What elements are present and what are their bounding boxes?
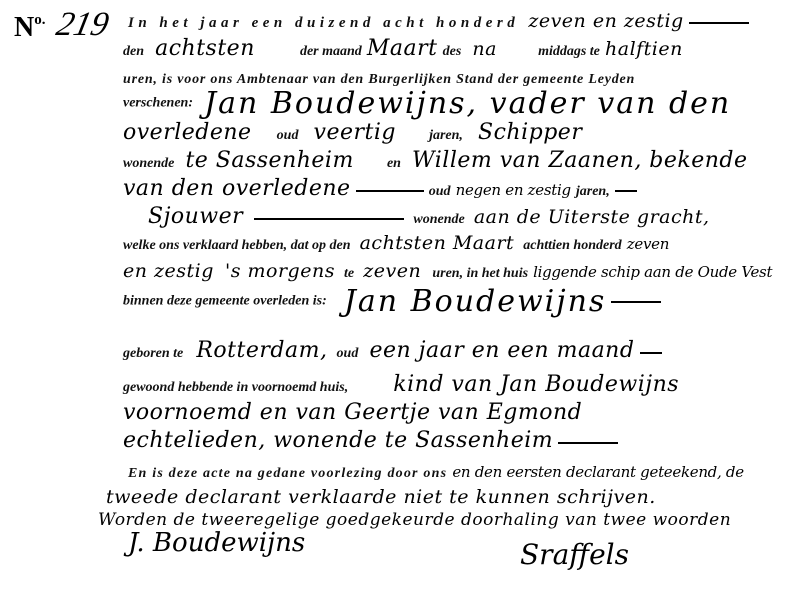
printed-text: der maand (300, 44, 362, 59)
line-15: echtelieden, wonende te Sassenheim (123, 428, 618, 453)
printed-text: welke ons verklaard hebben, dat op den (123, 238, 351, 253)
line-12: geboren te Rotterdam, oud een jaar en ee… (123, 338, 662, 363)
handwritten-morning: 's morgens (225, 260, 335, 282)
handwritten-hour: halftien (605, 38, 683, 60)
handwritten-age-1: veertig (314, 120, 396, 145)
handwritten-parent-father: kind van Jan Boudewijns (393, 372, 679, 397)
handwritten-year: zeven en zestig (528, 10, 683, 32)
line-13: gewoond hebbende in voornoemd huis, kind… (123, 372, 679, 397)
handwritten-signing-note: tweede declarant verklaarde niet te kunn… (106, 486, 656, 508)
signature-official: Sraffels (520, 538, 629, 571)
printed-text: In het jaar een duizend acht honderd (128, 15, 519, 31)
handwritten-year-part: zeven (627, 235, 669, 253)
record-number-label: No. (14, 12, 45, 44)
fill-line (640, 352, 662, 354)
printed-text: En is deze acte na gedane voorlezing doo… (128, 466, 447, 481)
printed-text: den (123, 44, 144, 59)
handwritten-residence-1: te Sassenheim (185, 148, 353, 173)
number-superscript: o. (34, 12, 45, 28)
handwritten-death-date: achtsten Maart (360, 232, 515, 254)
handwritten-correction-note: Worden de tweeregelige goedgekeurde door… (98, 510, 731, 530)
printed-text: en (387, 156, 401, 171)
handwritten-declarant-2: Willem van Zaanen, bekende (412, 148, 748, 173)
handwritten-relation-2: van den overledene (123, 176, 351, 201)
civil-registry-death-record: No. 219 In het jaar een duizend acht hon… (0, 0, 800, 600)
fill-line (254, 218, 404, 220)
line-14: voornoemd en van Geertje van Egmond (123, 400, 582, 425)
line-2: den achtsten der maand Maart des na midd… (123, 36, 683, 61)
printed-text: oud (337, 346, 359, 361)
fill-line (689, 22, 749, 24)
printed-text: binnen deze gemeente overleden is: (123, 294, 327, 309)
line-5: overledene oud veertig jaren, Schipper (123, 120, 582, 145)
fill-line (558, 442, 618, 444)
printed-text: achttien honderd (523, 238, 621, 253)
line-4: verschenen: Jan Boudewijns, vader van de… (123, 86, 731, 121)
fill-line (615, 190, 637, 192)
printed-text: gewoond hebbende in voornoemd huis, (123, 380, 348, 395)
handwritten-day: achtsten (155, 36, 255, 61)
printed-text: uren, in het huis (432, 266, 528, 281)
handwritten-relation: overledene (123, 120, 252, 145)
line-8: Sjouwer wonende aan de Uiterste gracht, (148, 204, 710, 229)
printed-text: verschenen: (123, 96, 193, 111)
printed-text: des (443, 44, 462, 59)
handwritten-time-of-day: na (472, 38, 497, 60)
printed-text: oud (429, 184, 451, 199)
printed-text: jaren, (576, 184, 610, 199)
handwritten-place-of-death: liggende schip aan de Oude Vest (533, 263, 772, 281)
line-1: In het jaar een duizend acht honderd zev… (128, 10, 749, 32)
handwritten-birthplace: Rotterdam, (196, 338, 327, 363)
line-11: binnen deze gemeente overleden is: Jan B… (123, 284, 661, 319)
handwritten-deceased-name: Jan Boudewijns (344, 284, 606, 319)
line-6: wonende te Sassenheim en Willem van Zaan… (123, 148, 748, 173)
line-7: van den overledene oud negen en zestig j… (123, 176, 637, 201)
printed-text: te (344, 266, 354, 281)
fill-line (356, 190, 424, 192)
handwritten-hour: zeven (363, 260, 421, 282)
handwritten-parent-mother: voornoemd en van Geertje van Egmond (123, 400, 582, 425)
signature-declarant: J. Boudewijns (128, 528, 305, 558)
handwritten-residence-2: aan de Uiterste gracht, (474, 206, 710, 228)
handwritten-occupation-2: Sjouwer (148, 204, 243, 229)
handwritten-declarant-1: Jan Boudewijns, vader van den (204, 86, 731, 121)
handwritten-parents-residence: echtelieden, wonende te Sassenheim (123, 428, 553, 453)
line-18: Worden de tweeregelige goedgekeurde door… (98, 510, 731, 530)
line-17: tweede declarant verklaarde niet te kunn… (106, 486, 656, 508)
record-number-value: 219 (53, 6, 112, 44)
handwritten-month: Maart (367, 36, 438, 61)
printed-text: geboren te (123, 346, 183, 361)
handwritten-year-part: en zestig (123, 260, 214, 282)
line-10: en zestig 's morgens te zeven uren, in h… (123, 260, 772, 282)
handwritten-occupation-1: Schipper (478, 120, 582, 145)
line-16: En is deze acte na gedane voorlezing doo… (128, 462, 744, 482)
number-prefix: N (14, 12, 34, 43)
handwritten-age-deceased: een jaar en een maand (369, 338, 634, 363)
printed-text: wonende (413, 212, 464, 227)
handwritten-age-2: negen en zestig (456, 181, 571, 199)
printed-text: middags te (538, 44, 600, 59)
printed-text: wonende (123, 156, 174, 171)
line-3: uren, is voor ons Ambtenaar van den Burg… (123, 68, 635, 88)
line-9: welke ons verklaard hebben, dat op den a… (123, 232, 669, 254)
printed-text: oud (277, 128, 299, 143)
fill-line (611, 301, 661, 303)
printed-text: uren, is voor ons Ambtenaar van den Burg… (123, 72, 635, 87)
printed-text: jaren, (429, 128, 463, 143)
handwritten-signing-note: en den eersten declarant geteekend, de (452, 463, 743, 481)
